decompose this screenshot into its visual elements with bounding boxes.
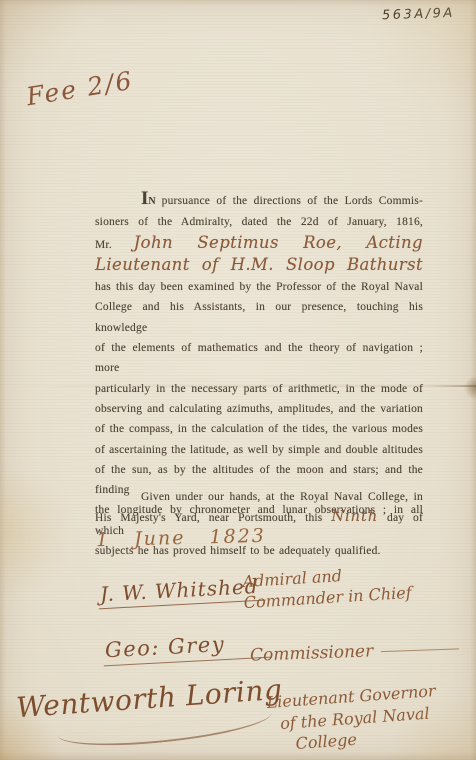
handwritten-rank-ship: Lieutenant of H.M. Sloop Bathurst — [95, 255, 423, 274]
printed-text: Mr. — [95, 239, 112, 251]
printed-line: of ascertaining the latitude, as well by… — [95, 440, 423, 460]
printed-line: has this day been examined by the Profes… — [95, 277, 423, 297]
signature-grey-title: Commissioner — [250, 638, 460, 665]
signature-whitshed-title: Admiral and Commander in Chief — [242, 561, 412, 613]
printed-line: of the elements of mathematics and the t… — [95, 338, 423, 379]
fee-annotation: Fee 2/6 — [24, 66, 135, 111]
printed-text: His Majesty's Yard, near Portsmouth, thi… — [95, 512, 323, 524]
pen-flourish — [381, 647, 459, 652]
printed-line: INpursuance of the directions of the Lor… — [95, 189, 423, 212]
handwritten-rank-ship-line: Lieutenant of H.M. Sloop Bathurst — [95, 255, 423, 277]
signature-grey: Geo: Grey — [102, 630, 271, 667]
handwritten-day-word: Ninth — [331, 509, 378, 525]
printed-line: College and his Assistants, in our prese… — [95, 297, 423, 338]
archive-reference-annotation: 563A/9A — [382, 6, 455, 24]
printed-line: of the compass, in the calculation of th… — [95, 419, 423, 439]
printed-line: sioners of the Admiralty, dated the 22d … — [95, 212, 423, 232]
printed-line: Given under our hands, at the Royal Nava… — [95, 487, 423, 507]
printed-text: day of — [387, 512, 423, 524]
small-cap: N — [148, 196, 156, 207]
title-line: Commissioner — [250, 641, 374, 665]
handwritten-candidate-name: John Septimus Roe, Acting — [134, 233, 423, 252]
handwritten-date: 1 June 1823 — [96, 525, 266, 551]
printed-line: observing and calculating azimuths, ampl… — [95, 399, 423, 419]
signature-loring: Wentworth Loring — [15, 673, 283, 725]
scanned-certificate-page: 563A/9A Fee 2/6 INpursuance of the direc… — [0, 0, 476, 760]
printed-line-with-name: Mr. John Septimus Roe, Acting — [95, 233, 423, 255]
signature-loring-title: Lieutenant Governor of the Royal Naval C… — [266, 680, 439, 756]
printed-text: pursuance of the directions of the Lords… — [162, 195, 423, 207]
printed-line: particularly in the necessary parts of a… — [95, 379, 423, 399]
attestation-paragraph: Given under our hands, at the Royal Nava… — [95, 487, 423, 529]
signature-whitshed: J. W. Whitshed — [97, 574, 265, 610]
